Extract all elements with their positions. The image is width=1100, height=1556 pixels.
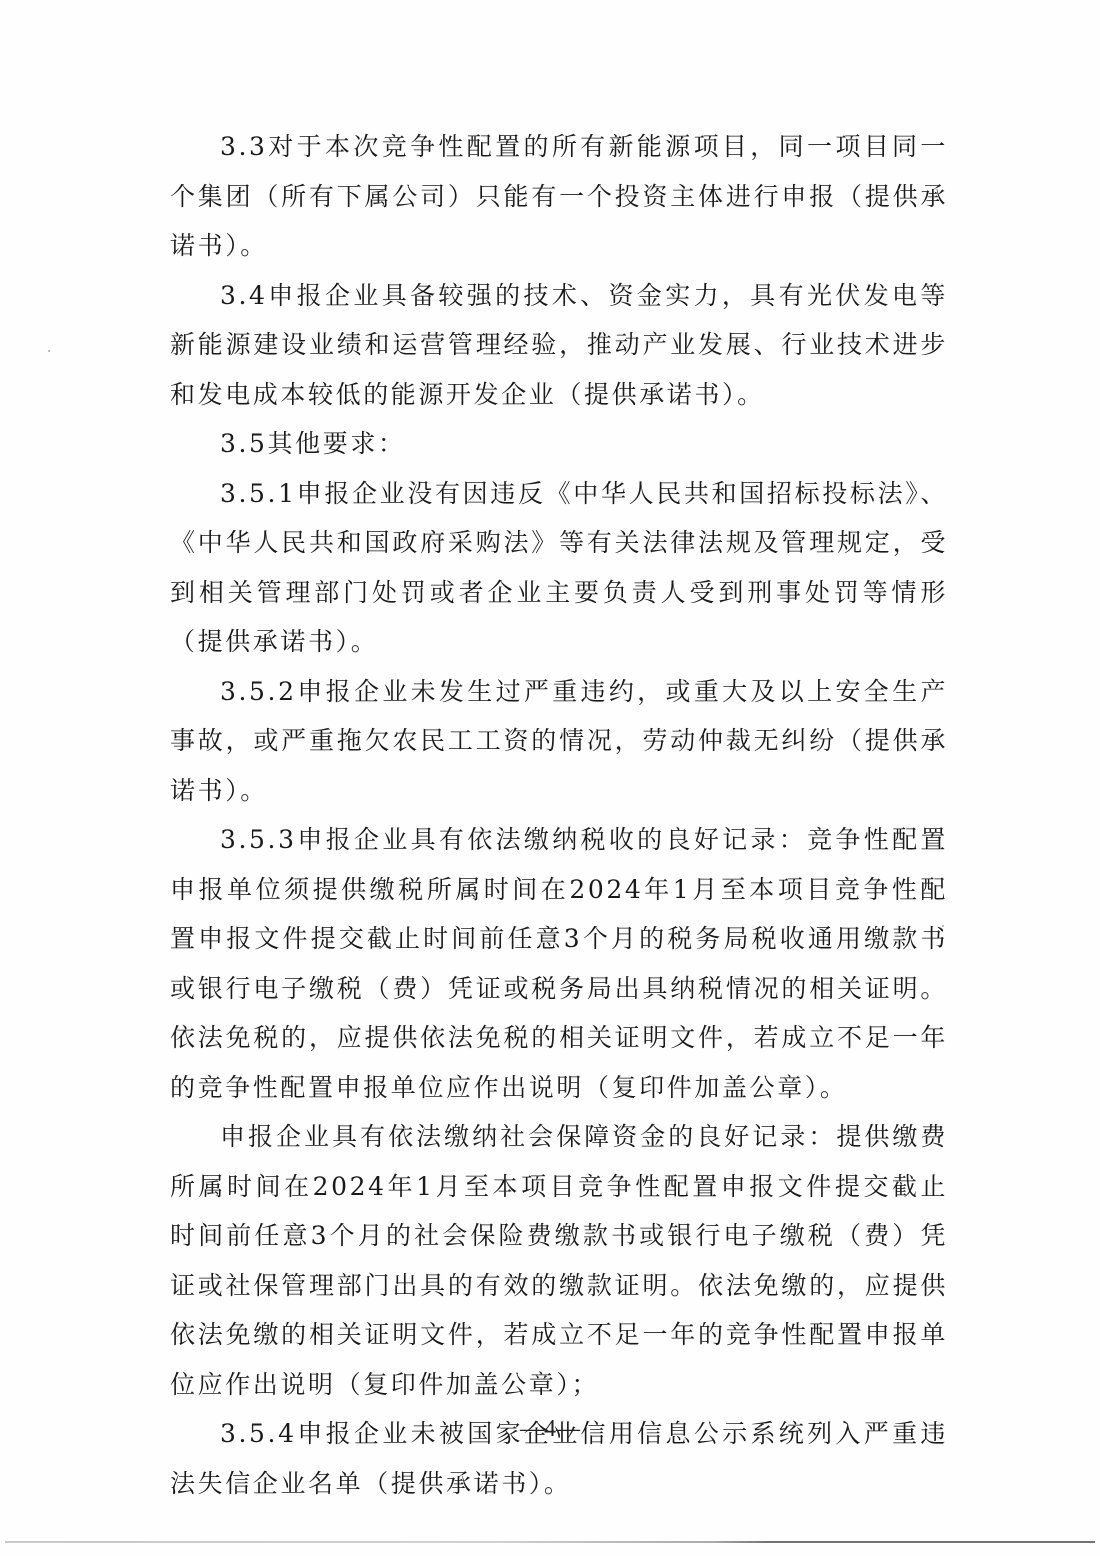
paragraph-3-5-2: 3.5.2申报企业未发生过严重违约，或重大及以上安全生产事故，或严重拖欠农民工工… [170,667,948,816]
paragraph-3-5-3: 3.5.3申报企业具有依法缴纳税收的良好记录：竞争性配置申报单位须提供缴税所属时… [170,815,948,1112]
scan-speck [942,925,944,927]
scan-speck [48,350,50,352]
document-page: 3.3对于本次竞争性配置的所有新能源项目，同一项目同一个集团（所有下属公司）只能… [0,0,1100,1556]
paragraph-3-5-1: 3.5.1申报企业没有因违反《中华人民共和国招标投标法》、《中华人民共和国政府采… [170,469,948,667]
document-body: 3.3对于本次竞争性配置的所有新能源项目，同一项目同一个集团（所有下属公司）只能… [170,122,948,1508]
paragraph-social-security: 申报企业具有依法缴纳社会保障资金的良好记录：提供缴费所属时间在2024年1月至本… [170,1112,948,1409]
paragraph-3-5: 3.5其他要求： [170,419,948,469]
scan-edge-line [5,1541,1095,1543]
paragraph-3-3: 3.3对于本次竞争性配置的所有新能源项目，同一项目同一个集团（所有下属公司）只能… [170,122,948,271]
paragraph-3-4: 3.4申报企业具备较强的技术、资金实力，具有光伏发电等新能源建设业绩和运营管理经… [170,271,948,420]
page-number: —4— [0,1416,1100,1443]
